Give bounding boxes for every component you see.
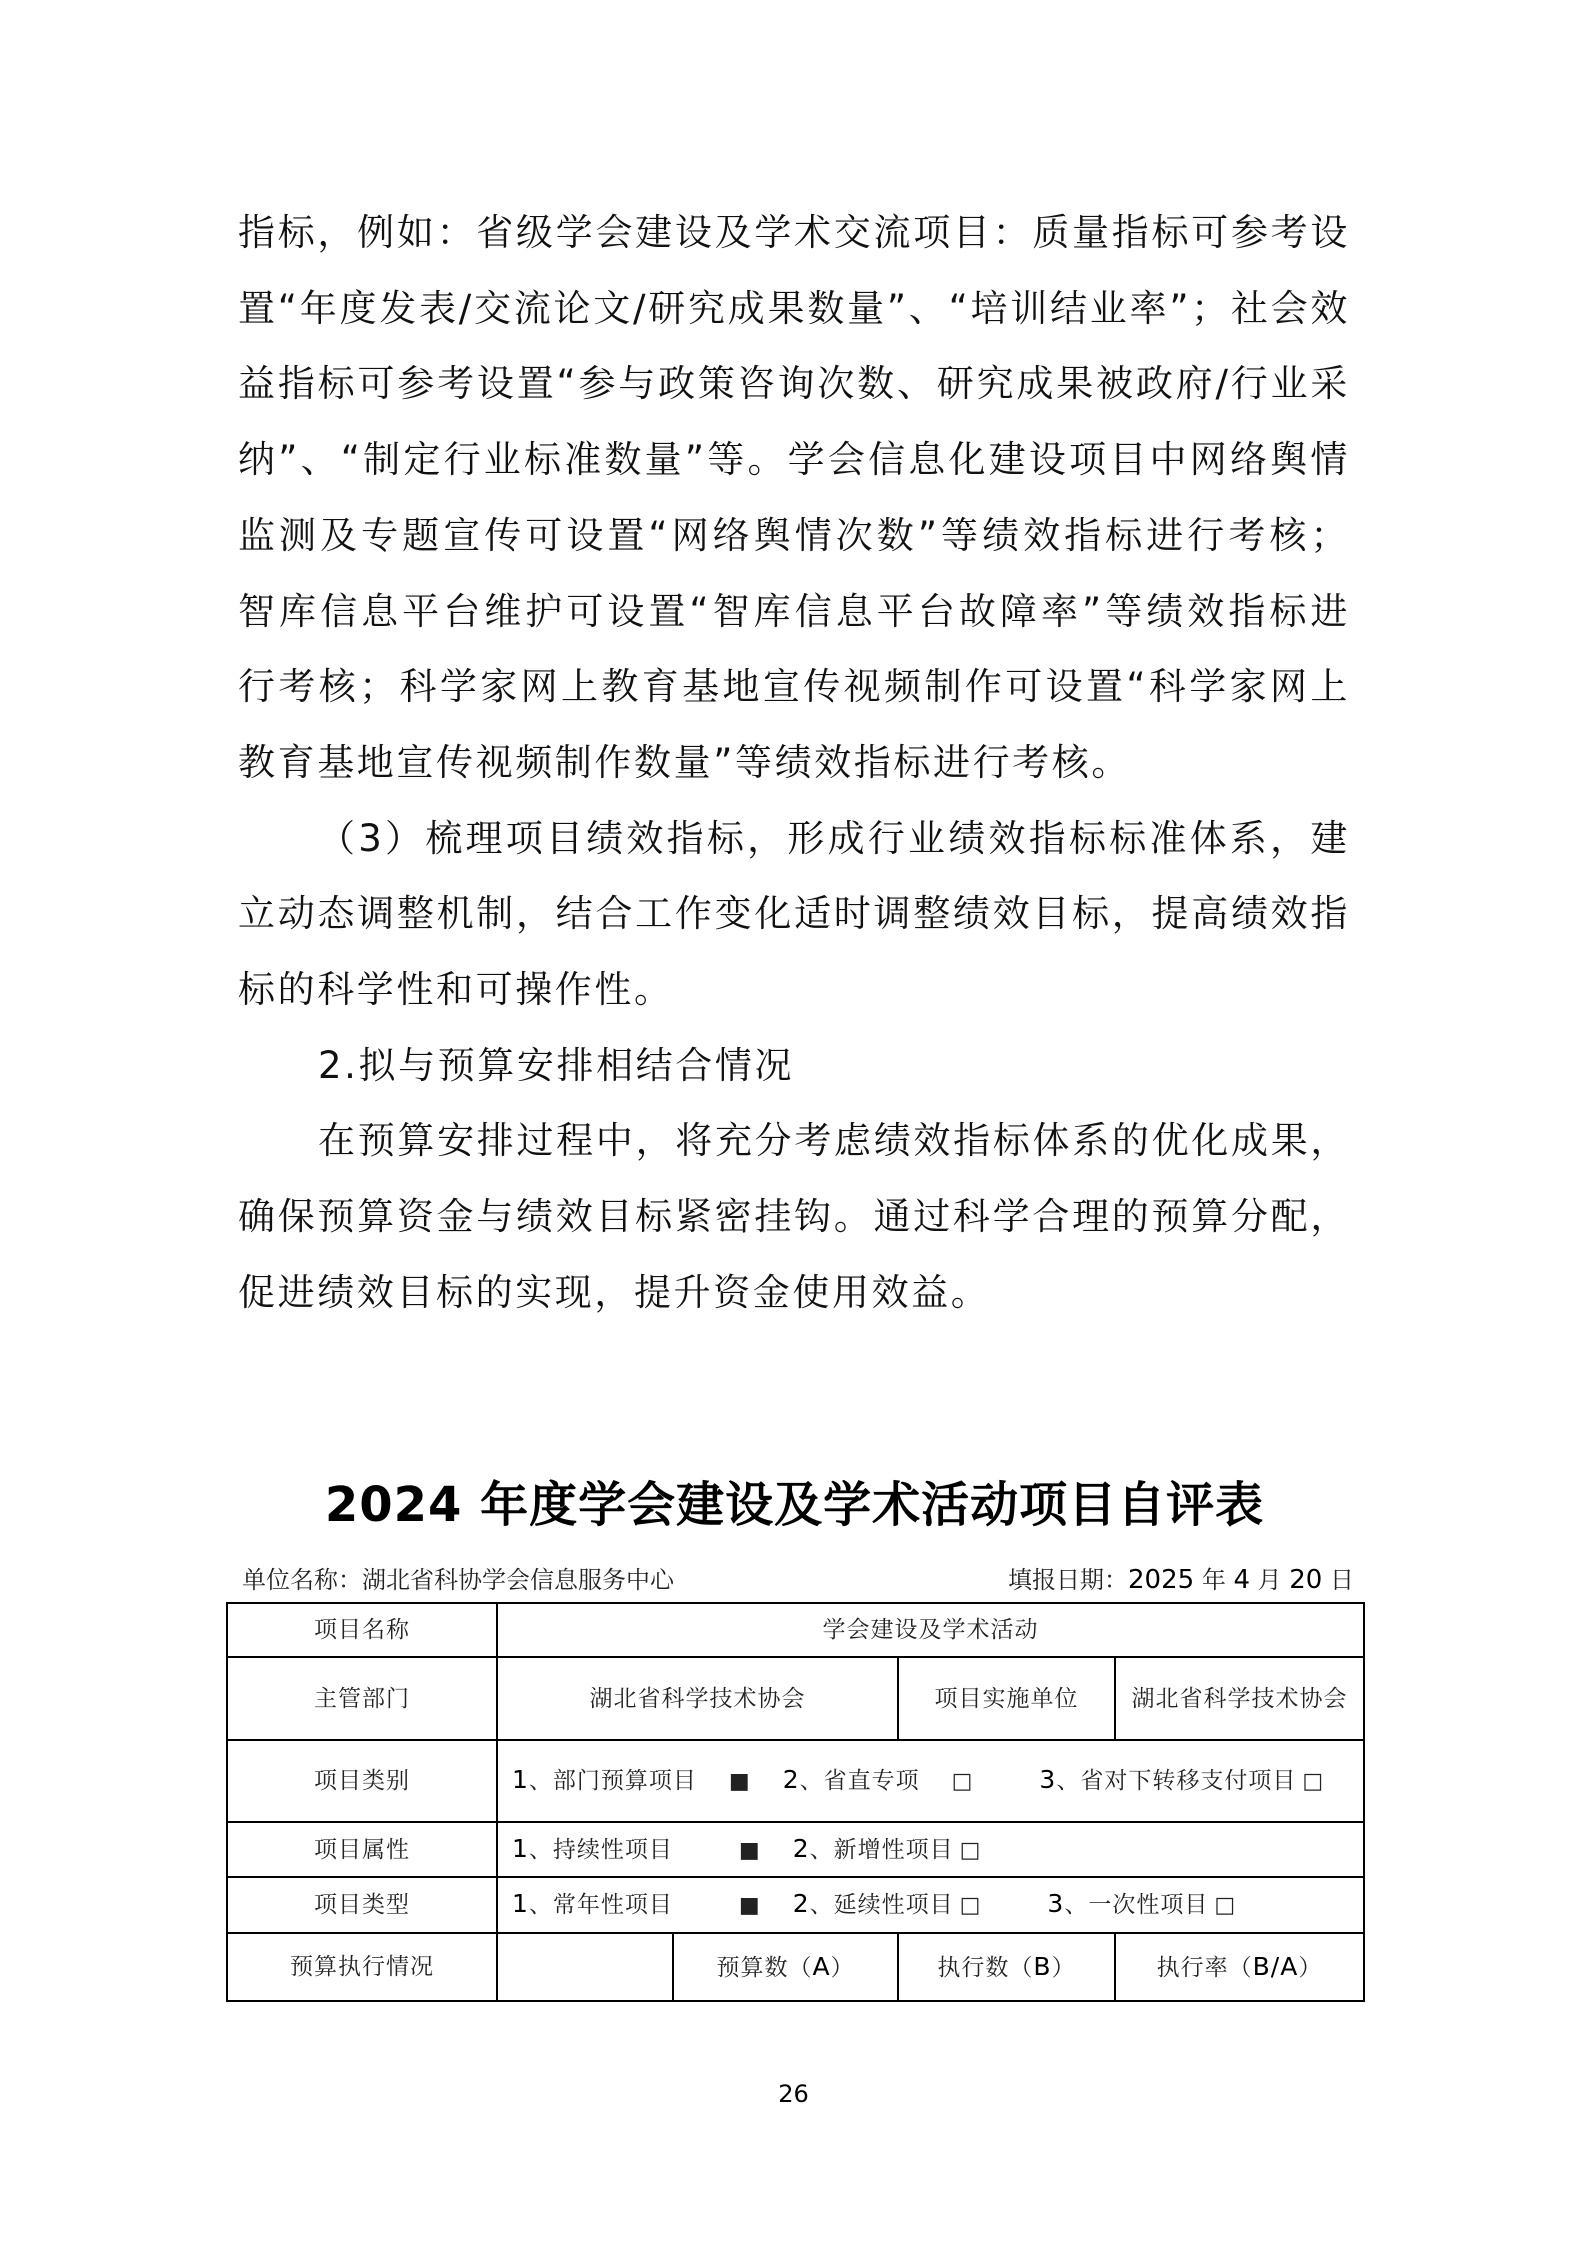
unit-value: 湖北省科协学会信息服务中心 bbox=[362, 1566, 674, 1594]
options-attribute: 1、持续性项目■2、新增性项目□ bbox=[497, 1822, 1364, 1877]
options-category: 1、部门预算项目■2、省直专项□3、省对下转移支付项目□ bbox=[497, 1740, 1364, 1822]
option-continuing: 、持续性项目 bbox=[529, 1837, 673, 1863]
option-num: 3 bbox=[1047, 1889, 1064, 1918]
label-budget-execution: 预算执行情况 bbox=[227, 1933, 497, 2001]
option-num: 2 bbox=[793, 1889, 810, 1918]
option-annual: 、常年性项目 bbox=[529, 1892, 673, 1918]
paragraph-indicator-system: （3）梳理项目绩效指标，形成行业绩效指标标准体系，建立动态调整机制，结合工作变化… bbox=[238, 801, 1350, 1028]
checkbox-unchecked-icon[interactable]: □ bbox=[1214, 1888, 1236, 1924]
option-num: 1 bbox=[512, 1889, 529, 1918]
checkbox-unchecked-icon[interactable]: □ bbox=[960, 1888, 982, 1924]
option-new: 、新增性项目 bbox=[810, 1837, 954, 1863]
value-department: 湖北省科学技术协会 bbox=[497, 1657, 898, 1740]
label-type: 项目类型 bbox=[227, 1877, 497, 1933]
date-label: 填报日期： bbox=[1008, 1566, 1128, 1594]
header-letter: B bbox=[1033, 1952, 1051, 1981]
paren: ） bbox=[1052, 1955, 1076, 1981]
checkbox-checked-icon[interactable]: ■ bbox=[739, 1888, 761, 1924]
option-dept-budget: 、部门预算项目 bbox=[529, 1768, 697, 1794]
option-num: 2 bbox=[793, 1834, 810, 1863]
self-evaluation-table: 项目名称 学会建设及学术活动 主管部门 湖北省科学技术协会 项目实施单位 湖北省… bbox=[226, 1602, 1365, 2002]
header-text: 预算数（ bbox=[716, 1955, 812, 1981]
option-one-time: 、一次性项目 bbox=[1064, 1892, 1208, 1918]
header-text: 执行率（ bbox=[1157, 1955, 1253, 1981]
option-transfer-payment: 、省对下转移支付项目 bbox=[1056, 1768, 1296, 1794]
label-implementing-unit: 项目实施单位 bbox=[898, 1657, 1115, 1740]
row-type: 项目类型 1、常年性项目■2、延续性项目□3、一次性项目□ bbox=[227, 1877, 1364, 1933]
date-day: 20 bbox=[1289, 1565, 1322, 1595]
option-num: 1 bbox=[512, 1765, 529, 1794]
row-budget-execution: 预算执行情况 预算数（A） 执行数（B） 执行率（B/A） bbox=[227, 1933, 1364, 2001]
paragraph-budget-arrangement: 在预算安排过程中，将充分考虑绩效指标体系的优化成果，确保预算资金与绩效目标紧密挂… bbox=[238, 1103, 1350, 1330]
row-attribute: 项目属性 1、持续性项目■2、新增性项目□ bbox=[227, 1822, 1364, 1877]
date-day-unit: 日 bbox=[1322, 1566, 1354, 1594]
label-department: 主管部门 bbox=[227, 1657, 497, 1740]
checkbox-unchecked-icon[interactable]: □ bbox=[1302, 1764, 1324, 1800]
header-letter: A bbox=[812, 1952, 830, 1981]
header-executed-b: 执行数（B） bbox=[898, 1933, 1115, 2001]
option-provincial-special: 、省直专项 bbox=[800, 1768, 920, 1794]
checkbox-checked-icon[interactable]: ■ bbox=[729, 1764, 751, 1800]
page-number: 26 bbox=[0, 2080, 1587, 2108]
value-implementing-unit: 湖北省科学技术协会 bbox=[1115, 1657, 1364, 1740]
option-num: 1 bbox=[512, 1834, 529, 1863]
paren: ） bbox=[1298, 1955, 1322, 1981]
options-type: 1、常年性项目■2、延续性项目□3、一次性项目□ bbox=[497, 1877, 1364, 1933]
form-title: 2024 年度学会建设及学术活动项目自评表 bbox=[226, 1470, 1363, 1540]
header-letter: B/A bbox=[1253, 1952, 1299, 1981]
checkbox-unchecked-icon[interactable]: □ bbox=[952, 1764, 974, 1800]
checkbox-checked-icon[interactable]: ■ bbox=[739, 1833, 761, 1869]
value-project-name: 学会建设及学术活动 bbox=[497, 1603, 1364, 1657]
date-month: 4 bbox=[1233, 1565, 1250, 1595]
date-info: 填报日期：2025 年 4 月 20 日 bbox=[1008, 1560, 1354, 1600]
date-month-unit: 月 bbox=[1250, 1566, 1289, 1594]
option-num: 3 bbox=[1039, 1765, 1056, 1794]
body-text: 指标，例如：省级学会建设及学术交流项目：质量指标可参考设置“年度发表/交流论文/… bbox=[238, 195, 1350, 1331]
row-project-name: 项目名称 学会建设及学术活动 bbox=[227, 1603, 1364, 1657]
label-attribute: 项目属性 bbox=[227, 1822, 497, 1877]
document-page: 指标，例如：省级学会建设及学术交流项目：质量指标可参考设置“年度发表/交流论文/… bbox=[0, 0, 1587, 2245]
unit-info: 单位名称：湖北省科协学会信息服务中心 bbox=[242, 1560, 674, 1600]
header-execution-rate: 执行率（B/A） bbox=[1115, 1933, 1364, 2001]
paragraph-performance-indicators: 指标，例如：省级学会建设及学术交流项目：质量指标可参考设置“年度发表/交流论文/… bbox=[238, 195, 1350, 801]
checkbox-unchecked-icon[interactable]: □ bbox=[960, 1833, 982, 1869]
date-year-unit: 年 bbox=[1194, 1566, 1233, 1594]
header-budget-a: 预算数（A） bbox=[673, 1933, 898, 2001]
row-category: 项目类别 1、部门预算项目■2、省直专项□3、省对下转移支付项目□ bbox=[227, 1740, 1364, 1822]
date-year: 2025 bbox=[1128, 1565, 1194, 1595]
paren: ） bbox=[831, 1955, 855, 1981]
form-meta: 单位名称：湖北省科协学会信息服务中心 填报日期：2025 年 4 月 20 日 bbox=[242, 1560, 1354, 1600]
header-text: 执行数（ bbox=[937, 1955, 1033, 1981]
row-department: 主管部门 湖北省科学技术协会 项目实施单位 湖北省科学技术协会 bbox=[227, 1657, 1364, 1740]
section-heading-budget: 2.拟与预算安排相结合情况 bbox=[238, 1028, 1350, 1104]
unit-label: 单位名称： bbox=[242, 1566, 362, 1594]
option-num: 2 bbox=[783, 1765, 800, 1794]
label-project-name: 项目名称 bbox=[227, 1603, 497, 1657]
label-category: 项目类别 bbox=[227, 1740, 497, 1822]
option-extended: 、延续性项目 bbox=[810, 1892, 954, 1918]
blank-cell bbox=[497, 1933, 673, 2001]
